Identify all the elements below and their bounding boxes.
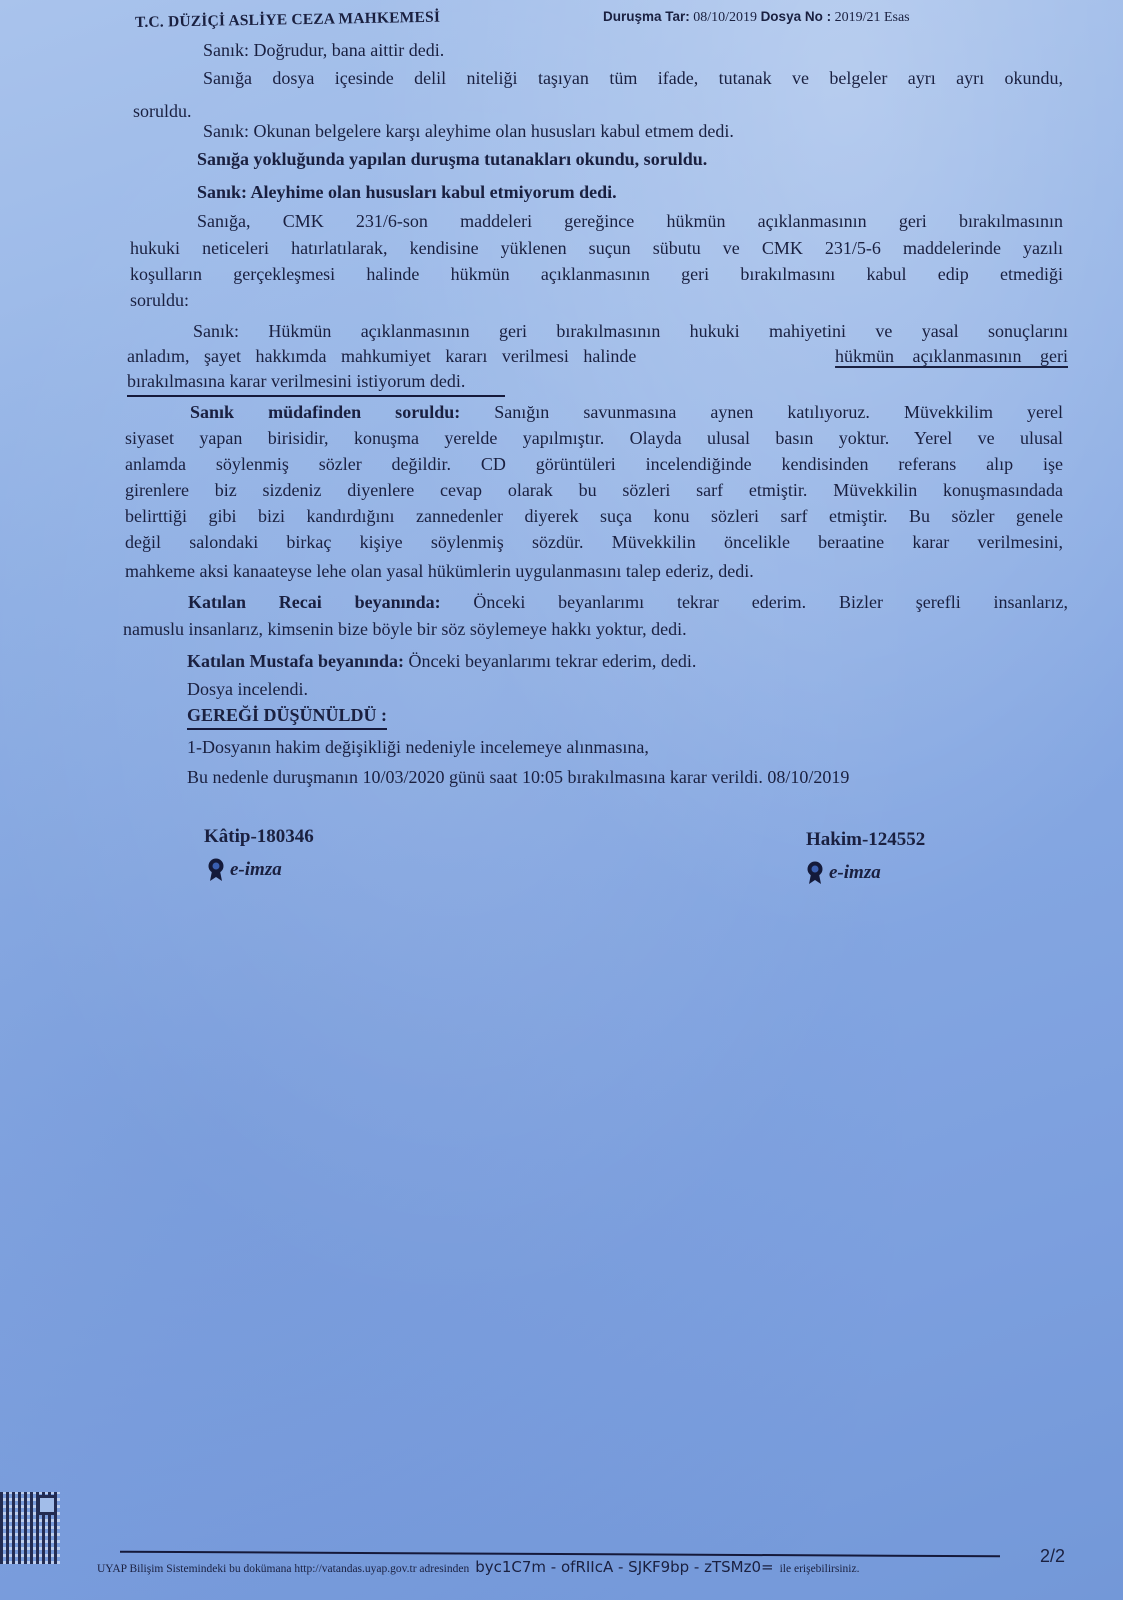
participant-recai-label: Katılan Recai beyanında: [188, 592, 441, 612]
seal-icon [806, 861, 824, 885]
file-no-label: Dosya No : [761, 9, 832, 24]
defense-statement-line-5: belirttiği gibi bizi kandırdığını zanned… [125, 506, 1063, 527]
footer-divider [120, 1551, 1000, 1558]
judge-signature-name: Hakim-124552 [806, 829, 925, 851]
participant-recai-line-2: namuslu insanlarız, kimsenin bize böyle … [123, 619, 687, 640]
verification-code: byc1C7m - ofRIIcA - SJKF9bp - zTSMz0= [475, 1558, 773, 1576]
defense-statement-line-6: değil salondaki birkaç kişiye söylenmiş … [125, 532, 1063, 553]
defense-label: Sanık müdafinden soruldu: [190, 402, 460, 422]
cmk-paragraph-line-3: koşulların gerçekleşmesi halinde hükmün … [130, 264, 1063, 285]
hagb-statement-line-2: anladım, şayet hakkımda mahkumiyet karar… [127, 346, 1068, 367]
defendant-statement-2: Sanık: Okunan belgelere karşı aleyhime o… [203, 121, 734, 142]
defense-statement-line-1: Sanık müdafinden soruldu: Sanığın savunm… [190, 402, 1063, 423]
clerk-e-signature: e-imza [207, 858, 282, 882]
participant-mustafa-statement: Katılan Mustafa beyanında: Önceki beyanl… [187, 651, 696, 672]
defendant-statement-3: Sanık: Aleyhime olan hususları kabul etm… [197, 182, 617, 203]
participant-mustafa-label: Katılan Mustafa beyanında: [187, 651, 404, 671]
cmk-paragraph-line-2: hukuki neticeleri hatırlatılarak, kendis… [130, 238, 1063, 259]
hagb-underlined-text: hükmün açıklanmasının geri [835, 346, 1068, 367]
cmk-paragraph-line-4: soruldu: [130, 290, 189, 311]
evidence-read-cont: soruldu. [133, 101, 192, 122]
hagb-statement-line-1: Sanık: Hükmün açıklanmasının geri bırakı… [193, 321, 1068, 342]
defense-statement-line-7: mahkeme aksi kanaateyse lehe olan yasal … [125, 561, 754, 582]
e-imza-label: e-imza [230, 859, 282, 881]
clerk-signature-name: Kâtip-180346 [204, 826, 314, 848]
footer-verification: UYAP Bilişim Sistemindeki bu dokümana ht… [97, 1558, 859, 1576]
defense-statement-line-2: siyaset yapan birisidir, konuşma yerelde… [125, 428, 1063, 449]
qr-code [0, 1492, 60, 1564]
hagb-statement-line-3: bırakılmasına karar verilmesini istiyoru… [127, 371, 505, 397]
absent-hearing-note: Sanığa yokluğunda yapılan duruşma tutana… [197, 149, 707, 170]
defense-statement-line-3: anlamda söylenmiş sözler değildir. CD gö… [125, 454, 1063, 475]
footer-text: UYAP Bilişim Sistemindeki bu dokümana ht… [97, 1563, 469, 1575]
hagb-statement-text: anladım, şayet hakkımda mahkumiyet karar… [127, 346, 636, 367]
decision-heading: GEREĞİ DÜŞÜNÜLDÜ : [187, 705, 387, 730]
e-imza-label: e-imza [829, 862, 881, 884]
file-no: 2019/21 Esas [835, 10, 910, 25]
page-number: 2/2 [1040, 1546, 1065, 1567]
hearing-date: 08/10/2019 [693, 10, 757, 25]
seal-icon [207, 858, 225, 882]
decision-item-1: 1-Dosyanın hakim değişikliği nedeniyle i… [187, 737, 649, 758]
case-info: Duruşma Tar: 08/10/2019 Dosya No : 2019/… [603, 9, 910, 26]
judge-e-signature: e-imza [806, 861, 881, 885]
defendant-statement-1: Sanık: Doğrudur, bana aittir dedi. [203, 40, 444, 61]
file-examined-note: Dosya incelendi. [187, 679, 308, 700]
evidence-read-line: Sanığa dosya içesinde delil niteliği taş… [203, 68, 1063, 89]
court-name: T.C. DÜZİÇİ ASLİYE CEZA MAHKEMESİ [135, 9, 440, 32]
decision-item-2: Bu nedenle duruşmanın 10/03/2020 günü sa… [187, 767, 849, 788]
defense-statement-line-4: girenlere biz sizdeniz diyenlere cevap o… [125, 480, 1063, 501]
footer-suffix: ile erişebilirsiniz. [780, 1563, 860, 1575]
hearing-date-label: Duruşma Tar: [603, 9, 690, 24]
participant-recai-line-1: Katılan Recai beyanında: Önceki beyanlar… [188, 592, 1068, 613]
cmk-paragraph-line-1: Sanığa, CMK 231/6-son maddeleri gereğinc… [197, 211, 1063, 232]
